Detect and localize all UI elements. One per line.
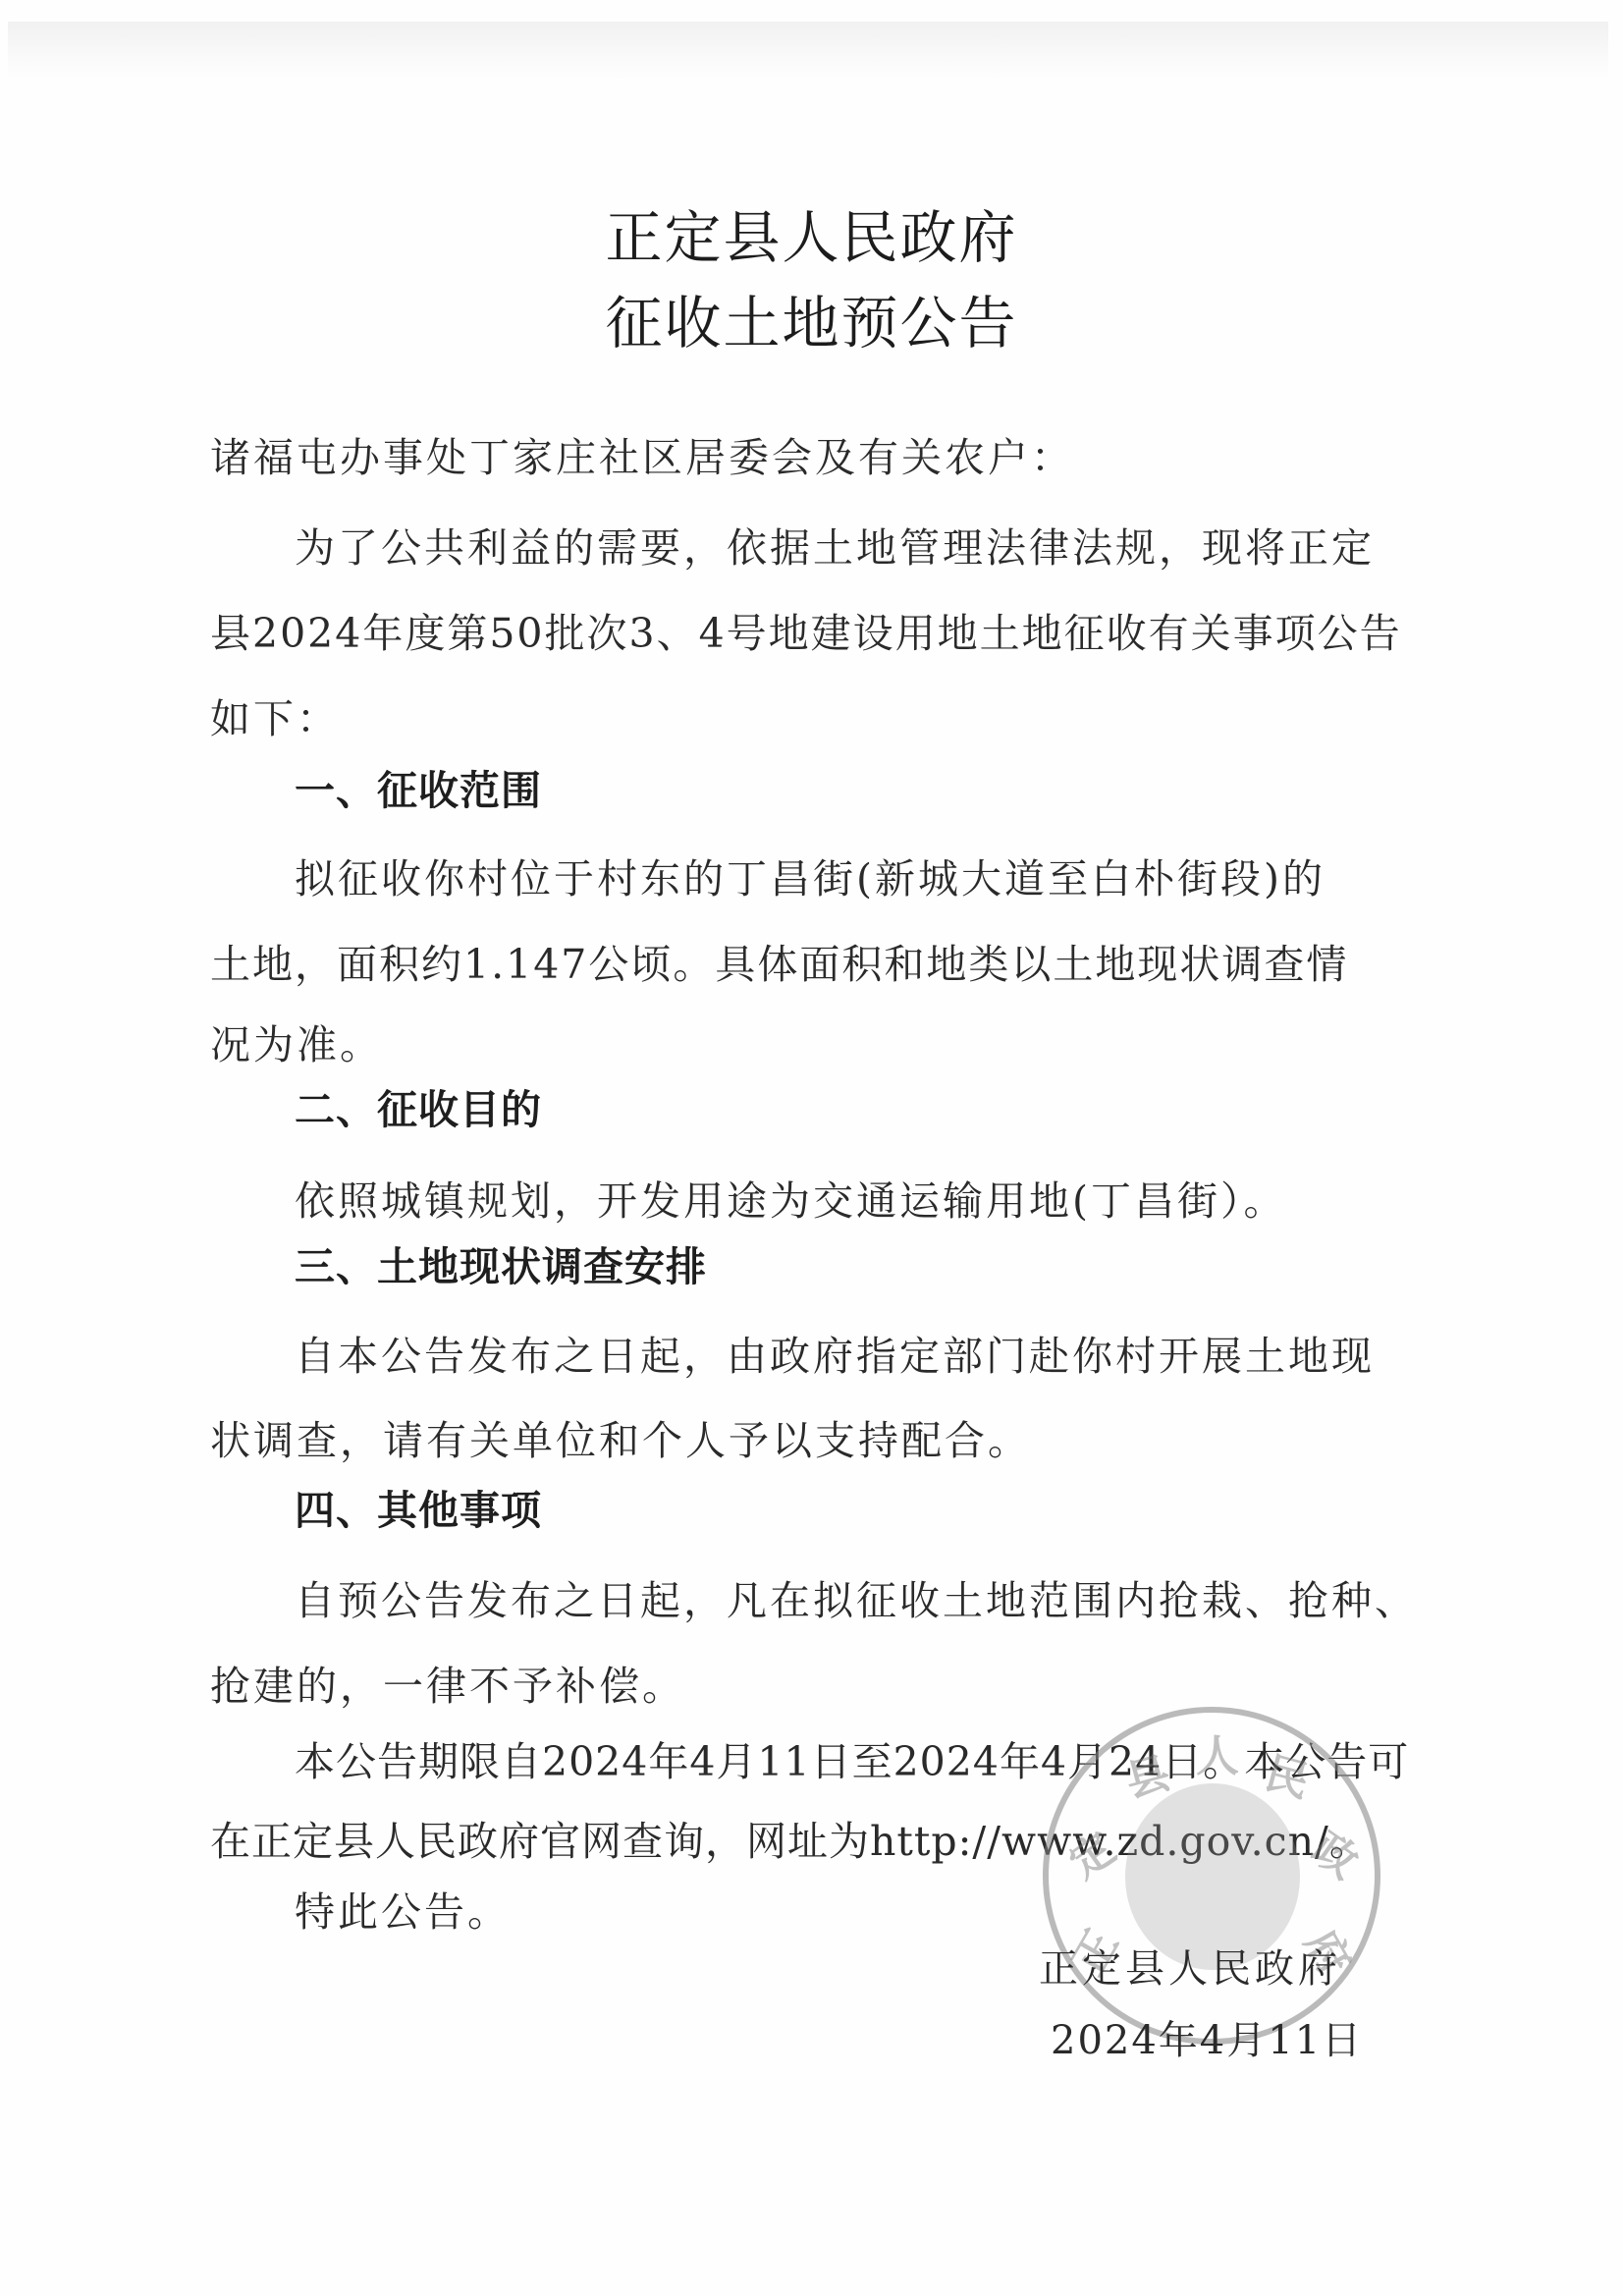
signature-issuer: 正定县人民政府 [1039,1949,1341,1989]
document-title-line1: 正定县人民政府 [0,209,1623,266]
intro-line-3: 如下： [210,699,340,739]
section-1-heading: 一、征收范围 [295,771,542,811]
section-3-heading: 三、土地现状调查安排 [295,1247,707,1287]
section-1-line-1: 拟征收你村位于村东的丁昌街(新城大道至白朴街段)的 [295,859,1325,900]
seal-char: 定 [1055,1814,1126,1890]
intro-line-1: 为了公共利益的需要，依据土地管理法律法规，现将正定 [295,528,1375,569]
seal-char: 县 [1117,1737,1175,1809]
official-seal: 正 定 县 人 民 政 府 [1043,1707,1380,2045]
section-1-line-3: 况为准。 [210,1025,383,1066]
section-2-heading: 二、征收目的 [295,1090,542,1130]
seal-char: 民 [1259,1737,1317,1809]
section-3-line-2: 状调查，请有关单位和个人予以支持配合。 [210,1421,1031,1461]
section-4-heading: 四、其他事项 [295,1491,542,1531]
seal-emblem [1125,1783,1300,1970]
document-page: 正定县人民政府 征收土地预公告 诸福屯办事处丁家庄社区居委会及有关农户： 为了公… [0,0,1623,2296]
scan-edge-shadow [8,22,1608,81]
section-4-line-2: 抢建的，一律不予补偿。 [210,1667,685,1707]
section-2-line-1: 依照城镇规划，开发用途为交通运输用地(丁昌街）。 [295,1181,1287,1222]
intro-line-2: 县2024年度第50批次3、4号地建设用地土地征收有关事项公告 [210,614,1402,654]
salutation: 诸福屯办事处丁家庄社区居委会及有关农户： [210,438,1074,478]
seal-char: 人 [1196,1721,1239,1783]
section-1-line-2: 土地，面积约1.147公顷。具体面积和地类以土地现状调查情 [210,945,1348,985]
section-3-line-1: 自本公告发布之日起，由政府指定部门赴你村开展土地现 [295,1337,1375,1377]
document-title-line2: 征收土地预公告 [0,295,1623,352]
signature-date: 2024年4月11日 [1051,2021,1363,2060]
seal-char: 政 [1302,1814,1374,1890]
section-4-line-1: 自预公告发布之日起，凡在拟征收土地范围内抢栽、抢种、 [295,1581,1418,1621]
closing-text: 特此公告。 [295,1892,511,1933]
